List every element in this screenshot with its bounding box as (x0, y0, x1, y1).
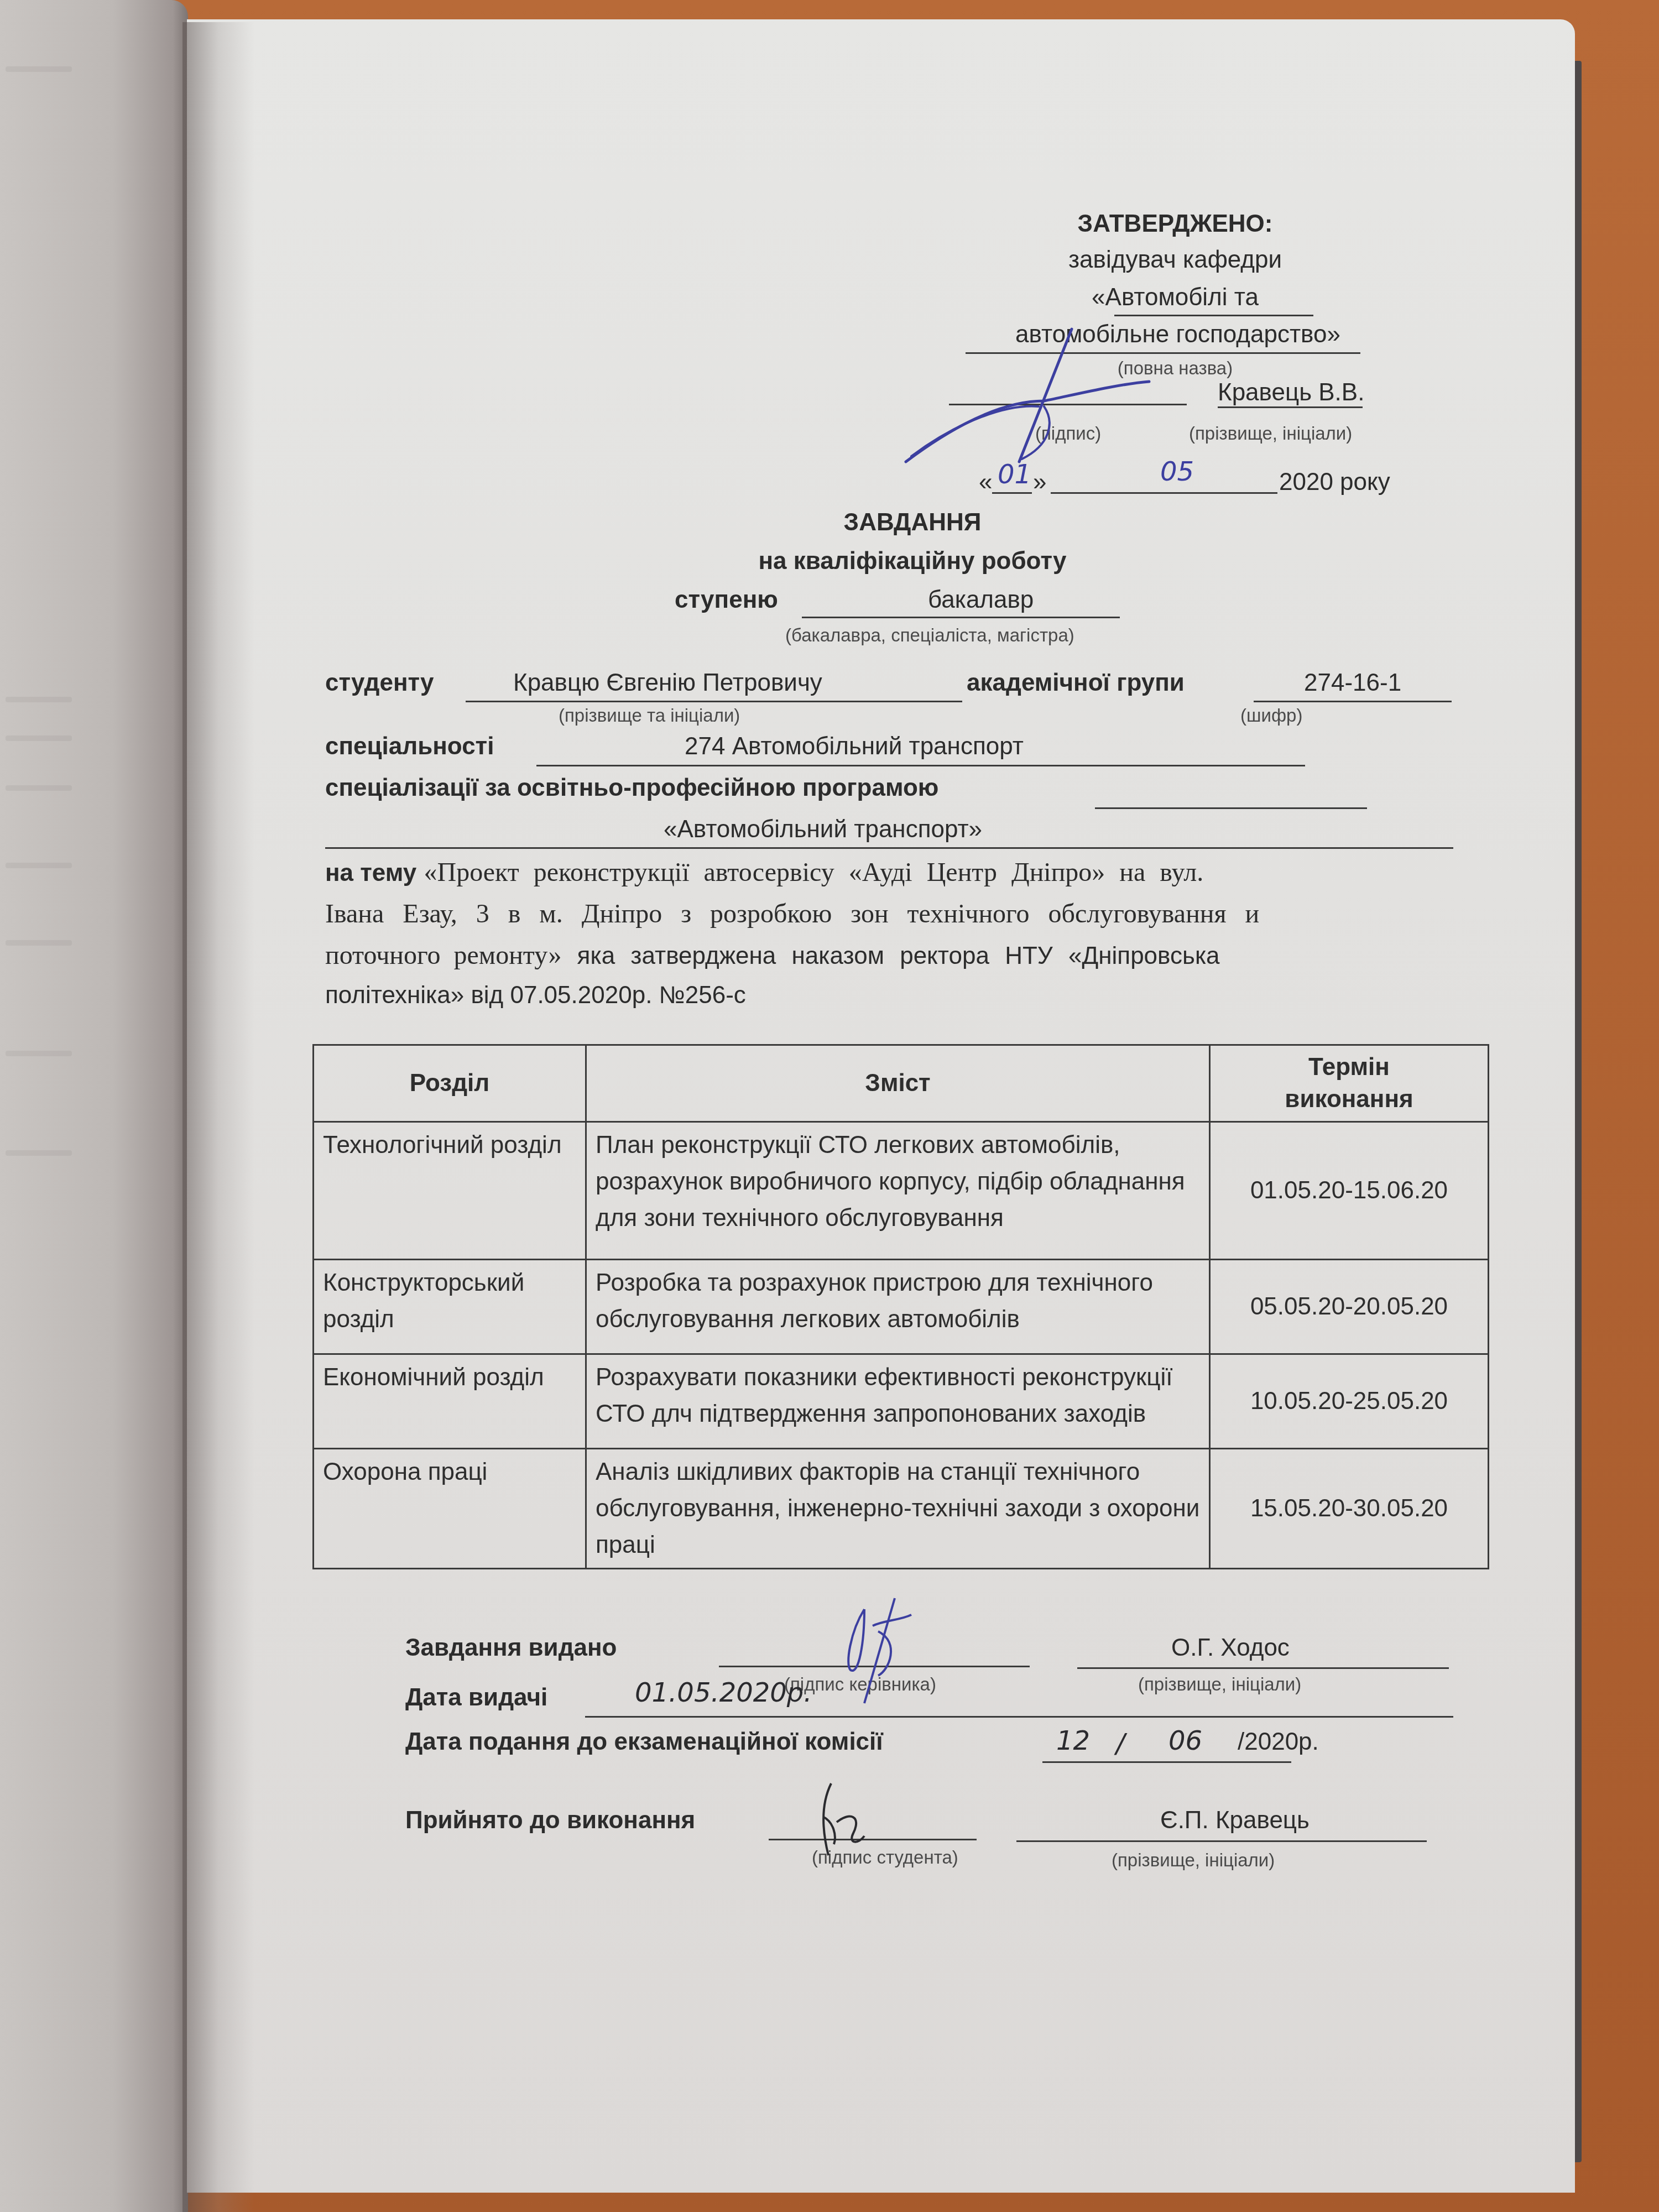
previous-page (0, 0, 188, 2212)
specialization-underline-2 (325, 847, 1453, 849)
row-deadline: 15.05.20-30.05.20 (1210, 1449, 1489, 1569)
accepted-student-name: Є.П. Кравець (1160, 1807, 1310, 1834)
header-deadline-text: Термін виконання (1277, 1051, 1421, 1115)
header-content: Зміст (586, 1045, 1210, 1122)
task-document-page: ЗАТВЕРДЖЕНО: завідувач кафедри «Автомобі… (187, 19, 1575, 2193)
approval-position: завідувач кафедри (995, 246, 1355, 274)
student-signature (806, 1783, 873, 1861)
table-row: Економічний розділ Розрахувати показники… (314, 1354, 1489, 1449)
underline (1218, 406, 1363, 408)
issue-date-value[interactable]: 01.05.2020р. (635, 1677, 812, 1708)
row-content: Розрахувати показники ефективності рекон… (586, 1354, 1210, 1449)
row-section: Економічний розділ (314, 1354, 586, 1449)
student-name-underline (466, 701, 962, 702)
accepted-label: Прийнято до виконання (405, 1807, 695, 1834)
specialization-label: спеціалізації за освітньо-професійною пр… (325, 774, 938, 802)
row-section: Технологічний розділ (314, 1122, 586, 1260)
topic-text-1: «Проект реконструкції автосервісу «Ауді … (424, 858, 1204, 887)
submission-day[interactable]: 12 (1056, 1725, 1090, 1756)
table-header-row: Розділ Зміст Термін виконання (314, 1045, 1489, 1122)
bleed-through-text (6, 1150, 72, 1156)
student-signature-line[interactable] (769, 1839, 977, 1840)
issue-date-label: Дата видачі (405, 1684, 547, 1712)
submission-year: /2020р. (1238, 1728, 1319, 1756)
task-schedule-table: Розділ Зміст Термін виконання Технологіч… (312, 1044, 1489, 1569)
row-content: План реконструкції СТО легкових автомобі… (586, 1122, 1210, 1260)
supervisor-name-caption: (прізвище, ініціали) (1138, 1674, 1301, 1695)
bleed-through-text (6, 940, 72, 946)
submission-separator: / (1116, 1728, 1125, 1759)
bleed-through-text (6, 697, 72, 702)
student-name-caption: (прізвище, ініціали) (1112, 1850, 1275, 1871)
underline (992, 492, 1032, 494)
group-label: академічної групи (967, 669, 1185, 697)
topic-label: на тему (325, 859, 416, 886)
topic-line-1: на тему «Проект реконструкції автосервіс… (325, 857, 1453, 888)
bleed-through-text (6, 863, 72, 868)
group-caption: (шифр) (1240, 705, 1302, 726)
student-label: студенту (325, 669, 434, 697)
supervisor-name: О.Г. Ходос (1171, 1634, 1290, 1662)
specialization-underline-1 (1095, 807, 1367, 809)
header-section: Розділ (314, 1045, 586, 1122)
group-value[interactable]: 274-16-1 (1304, 669, 1401, 697)
row-section: Охорона праці (314, 1449, 586, 1569)
topic-text-3: поточного ремонту» (325, 941, 561, 970)
approval-date-year: 2020 року (1279, 468, 1390, 496)
student-name-underline (1016, 1840, 1427, 1842)
bleed-through-text (6, 1051, 72, 1056)
bleed-through-text (6, 785, 72, 791)
table-row: Технологічний розділ План реконструкції … (314, 1122, 1489, 1260)
issue-date-underline (585, 1716, 1453, 1718)
student-name-caption: (прізвище та ініціали) (559, 705, 740, 726)
name-caption: (прізвище, ініціали) (1189, 423, 1352, 444)
department-name-line1: «Автомобілі та (995, 284, 1355, 311)
degree-caption: (бакалавра, спеціаліста, магістра) (785, 625, 1074, 646)
student-name[interactable]: Кравцю Євгенію Петровичу (513, 669, 822, 697)
approval-date-month[interactable]: 05 (1160, 456, 1194, 487)
document-title: ЗАВДАННЯ (774, 509, 1051, 536)
row-content: Аналіз шкідливих факторів на станції тех… (586, 1449, 1210, 1569)
supervisor-signature (839, 1598, 917, 1709)
submission-date-label: Дата подання до екзаменаційної комісії (405, 1728, 883, 1756)
degree-underline (802, 617, 1120, 618)
supervisor-name-underline (1077, 1667, 1449, 1669)
specialty-label: спеціальності (325, 733, 494, 760)
issued-label: Завдання видано (405, 1634, 617, 1662)
department-head-name: Кравець В.В. (1218, 379, 1364, 406)
degree-label: ступеню (675, 586, 778, 614)
header-deadline: Термін виконання (1210, 1045, 1489, 1122)
table-row: Конструкторський розділ Розробка та розр… (314, 1260, 1489, 1354)
row-section: Конструкторський розділ (314, 1260, 586, 1354)
underline (1114, 315, 1313, 316)
table-row: Охорона праці Аналіз шкідливих факторів … (314, 1449, 1489, 1569)
specialization-value[interactable]: «Автомобільний транспорт» (574, 816, 1072, 843)
approval-heading: ЗАТВЕРДЖЕНО: (1051, 210, 1300, 238)
row-content: Розробка та розрахунок пристрою для техн… (586, 1260, 1210, 1354)
degree-value[interactable]: бакалавр (928, 586, 1034, 614)
row-deadline: 05.05.20-20.05.20 (1210, 1260, 1489, 1354)
topic-approval-1: яка затверджена наказом ректора НТУ «Дні… (561, 942, 1219, 969)
topic-line-3: поточного ремонту» яка затверджена наказ… (325, 940, 1220, 971)
row-deadline: 10.05.20-25.05.20 (1210, 1354, 1489, 1449)
specialty-value[interactable]: 274 Автомобільний транспорт (685, 733, 1024, 760)
row-deadline: 01.05.20-15.06.20 (1210, 1122, 1489, 1260)
specialty-underline (536, 765, 1305, 766)
group-underline (1254, 701, 1452, 702)
bleed-through-text (6, 735, 72, 741)
underline (1051, 492, 1277, 494)
bleed-through-text (6, 66, 72, 72)
department-head-signature (906, 329, 1160, 473)
topic-text-2: Івана Езау, 3 в м. Дніпро з розробкою зо… (325, 899, 1259, 929)
submission-month[interactable]: 06 (1168, 1725, 1202, 1756)
document-subtitle: на кваліфікаційну роботу (664, 547, 1161, 575)
topic-approval-2: політехніка» від 07.05.2020р. №256-с (325, 982, 746, 1009)
submission-date-underline (1042, 1761, 1291, 1763)
